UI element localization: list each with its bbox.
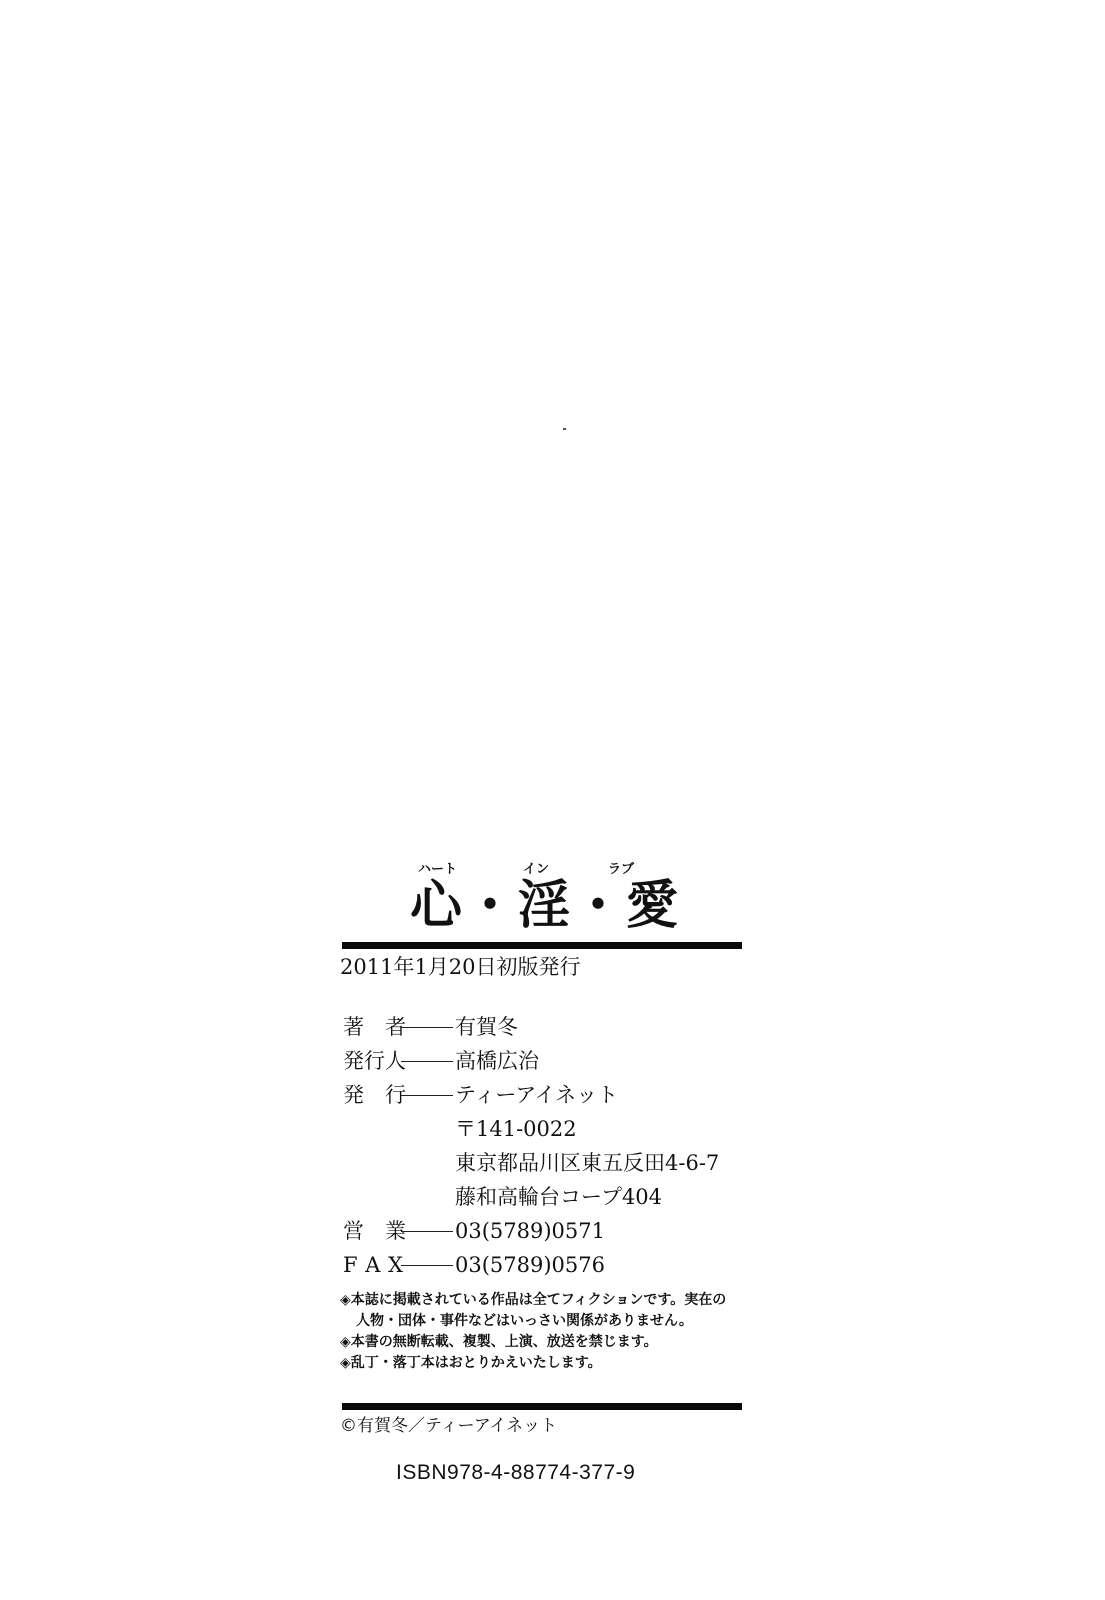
- info-row-author: 著 者 有賀冬: [343, 1010, 743, 1044]
- leader-dash: [401, 1231, 453, 1232]
- info-row-publisher: 発 行 ティーアイネット: [343, 1078, 743, 1112]
- book-title: 心・淫・愛: [410, 876, 680, 936]
- info-value: 有賀冬: [455, 1010, 518, 1044]
- note-reproduction: ◈本書の無断転載、複製、上演、放送を禁じます。: [340, 1332, 745, 1353]
- info-label: 営 業: [343, 1214, 403, 1248]
- info-row-fax: F A X 03(5789)0576: [343, 1248, 743, 1282]
- bottom-rule: [342, 1403, 742, 1410]
- info-value: 03(5789)0571: [455, 1214, 605, 1248]
- leader-dash: [401, 1095, 453, 1096]
- top-rule: [342, 942, 742, 949]
- info-label: 発 行: [343, 1078, 403, 1112]
- info-label: F A X: [343, 1248, 403, 1282]
- info-value: ティーアイネット: [455, 1078, 618, 1112]
- info-label: 著 者: [343, 1010, 403, 1044]
- scan-speck: [563, 428, 566, 430]
- copyright: ©有賀冬／ティーアイネット: [340, 1413, 557, 1439]
- leader-dash: [401, 1265, 453, 1266]
- info-value: 高橋広治: [455, 1044, 539, 1078]
- note-fiction-cont: 人物・団体・事件などはいっさい関係がありません。: [340, 1311, 745, 1332]
- legal-notes: ◈本誌に掲載されている作品は全てフィクションです。実在の 人物・団体・事件などは…: [340, 1290, 745, 1374]
- leader-dash: [401, 1061, 453, 1062]
- info-row-postal-code: 〒141-0022: [343, 1112, 743, 1146]
- info-row-building: 藤和高輪台コープ404: [343, 1180, 743, 1214]
- info-value: 東京都品川区東五反田4-6-7: [455, 1146, 719, 1180]
- info-value: 藤和高輪台コープ404: [455, 1180, 662, 1214]
- info-value: 03(5789)0576: [455, 1248, 605, 1282]
- publication-date: 2011年1月20日初版発行: [340, 953, 581, 981]
- note-defects: ◈乱丁・落丁本はおとりかえいたします。: [340, 1353, 745, 1374]
- info-value: 〒141-0022: [455, 1112, 577, 1146]
- publisher-info: 著 者 有賀冬 発行人 高橋広治 発 行 ティーアイネット 〒141-0022 …: [343, 1010, 743, 1282]
- info-row-publisher-person: 発行人 高橋広治: [343, 1044, 743, 1078]
- info-row-sales-phone: 営 業 03(5789)0571: [343, 1214, 743, 1248]
- leader-dash: [401, 1027, 453, 1028]
- info-label: 発行人: [343, 1044, 403, 1078]
- note-fiction: ◈本誌に掲載されている作品は全てフィクションです。実在の: [340, 1290, 745, 1311]
- isbn: ISBN978-4-88774-377-9: [396, 1458, 635, 1488]
- info-row-address: 東京都品川区東五反田4-6-7: [343, 1146, 743, 1180]
